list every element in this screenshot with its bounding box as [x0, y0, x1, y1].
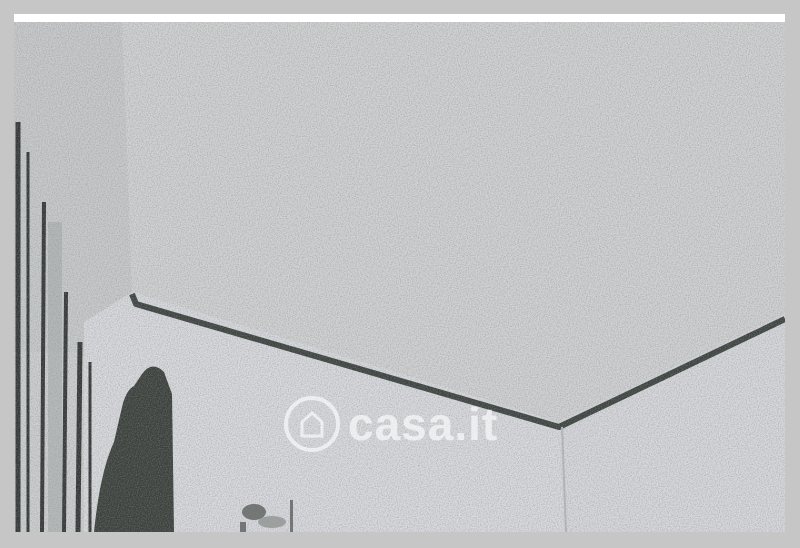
watermark: casa.it	[284, 396, 498, 452]
house-icon	[284, 396, 340, 452]
ceiling-scene	[14, 22, 785, 532]
photo-frame: casa.it	[14, 14, 785, 532]
room-photo: casa.it	[14, 22, 785, 532]
watermark-text: casa.it	[348, 397, 498, 451]
